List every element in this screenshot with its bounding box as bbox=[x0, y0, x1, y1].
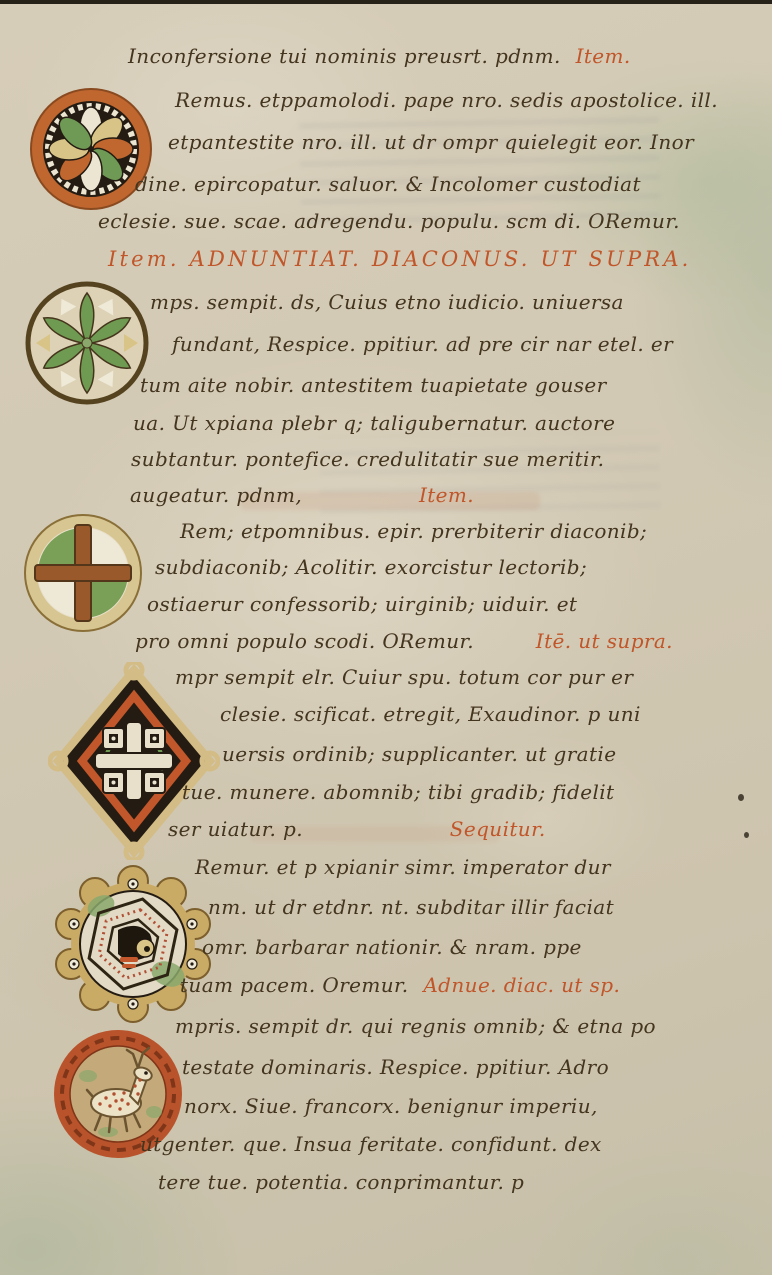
parchment-page: Inconfersione tui nominis preusrt. pdnm.… bbox=[0, 4, 772, 1275]
line-text: dine. epircopatur. saluor. & Incolomer c… bbox=[135, 172, 641, 196]
rubric-text: Itē. ut supra. bbox=[536, 629, 673, 653]
text-line-5: eclesie. sue. scae. adregendu. populu. s… bbox=[98, 211, 680, 231]
text-line-12: augeatur. pdnm, Item. bbox=[130, 485, 474, 505]
line-text: Remur. et p xpianir simr. imperator dur bbox=[195, 855, 611, 879]
line-text: Rem; etpomnibus. epir. prerbiterir diaco… bbox=[180, 519, 647, 543]
text-line-19: uersis ordinib; supplicanter. ut gratie bbox=[222, 744, 616, 764]
cross-initial-icon bbox=[22, 512, 144, 634]
rubric-text: Item. bbox=[419, 483, 474, 507]
text-line-27: testate dominaris. Respice. ppitiur. Adr… bbox=[182, 1057, 609, 1077]
line-text: ua. Ut xpiana plebr q; taligubernatur. a… bbox=[133, 411, 615, 435]
line-text: fundant, Respice. ppitiur. ad pre cir na… bbox=[172, 332, 673, 356]
line-text: etpantestite nro. ill. ut dr ompr quiele… bbox=[168, 130, 694, 154]
text-line-28: norx. Siue. francorx. benignur imperiu, bbox=[184, 1096, 598, 1116]
text-line-2: Remus. etppamolodi. pape nro. sedis apos… bbox=[175, 90, 718, 110]
line-text: pro omni populo scodi. ORemur. bbox=[135, 629, 474, 653]
text-line-22: Remur. et p xpianir simr. imperator dur bbox=[195, 857, 611, 877]
line-text: tere tue. potentia. conprimantur. p bbox=[158, 1170, 524, 1194]
text-line-20: tue. munere. abomnib; tibi gradib; fidel… bbox=[182, 782, 615, 802]
leaf-star-initial-icon bbox=[24, 280, 150, 406]
line-text: mpr sempit elr. Cuiur spu. totum cor pur… bbox=[175, 665, 633, 689]
text-line-25: tuam pacem. Oremur. Adnue. diac. ut sp. bbox=[180, 975, 620, 995]
text-line-8: fundant, Respice. ppitiur. ad pre cir na… bbox=[172, 334, 673, 354]
line-text: norx. Siue. francorx. benignur imperiu, bbox=[184, 1094, 598, 1118]
line-text: omr. barbarar nationir. & nram. ppe bbox=[202, 935, 582, 959]
text-line-13: Rem; etpomnibus. epir. prerbiterir diaco… bbox=[180, 521, 647, 541]
text-line-24: omr. barbarar nationir. & nram. ppe bbox=[202, 937, 582, 957]
line-text: tum aite nobir. antestitem tuapietate go… bbox=[140, 373, 607, 397]
line-text: mps. sempit. ds, Cuius etno iudicio. uni… bbox=[150, 290, 624, 314]
line-text: mpris. sempit dr. qui regnis omnib; & et… bbox=[175, 1014, 656, 1038]
text-line-7: mps. sempit. ds, Cuius etno iudicio. uni… bbox=[150, 292, 624, 312]
parchment-hole bbox=[744, 832, 749, 838]
spiral-lobed-initial-icon bbox=[46, 862, 220, 1028]
line-text: eclesie. sue. scae. adregendu. populu. s… bbox=[98, 209, 680, 233]
line-text: tuam pacem. Oremur. bbox=[180, 973, 409, 997]
text-line-30: tere tue. potentia. conprimantur. p bbox=[158, 1172, 524, 1192]
rubric-line: Item. ADNUNTIAT. DIACONUS. UT SUPRA. bbox=[108, 249, 692, 270]
text-line-11: subtantur. pontefice. credulitatir sue m… bbox=[131, 449, 604, 469]
line-text: ser uiatur. p. bbox=[168, 817, 303, 841]
text-line-3: etpantestite nro. ill. ut dr ompr quiele… bbox=[168, 132, 694, 152]
line-text: subdiaconib; Acolitir. exorcistur lector… bbox=[155, 555, 587, 579]
text-line-23: nm. ut dr etdnr. nt. subditar illir faci… bbox=[208, 897, 614, 917]
parchment-hole bbox=[738, 794, 744, 801]
line-text: augeatur. pdnm, bbox=[130, 483, 302, 507]
text-line-26: mpris. sempit dr. qui regnis omnib; & et… bbox=[175, 1016, 656, 1036]
line-text: ostiaerur confessorib; uirginib; uiduir.… bbox=[147, 592, 577, 616]
line-text: Inconfersione tui nominis preusrt. pdnm. bbox=[128, 44, 561, 68]
text-line-4: dine. epircopatur. saluor. & Incolomer c… bbox=[135, 174, 641, 194]
text-line-1: Inconfersione tui nominis preusrt. pdnm.… bbox=[128, 46, 631, 66]
line-text: testate dominaris. Respice. ppitiur. Adr… bbox=[182, 1055, 609, 1079]
text-line-21: ser uiatur. p. Sequitur. bbox=[168, 819, 546, 839]
rubric-text: Item. bbox=[576, 44, 631, 68]
line-text: tue. munere. abomnib; tibi gradib; fidel… bbox=[182, 780, 615, 804]
text-line-17: mpr sempit elr. Cuiur spu. totum cor pur… bbox=[175, 667, 633, 687]
text-line-15: ostiaerur confessorib; uirginib; uiduir.… bbox=[147, 594, 577, 614]
text-line-16: pro omni populo scodi. ORemur. Itē. ut s… bbox=[135, 631, 673, 651]
text-line-18: clesie. scificat. etregit, Exaudinor. p … bbox=[220, 704, 641, 724]
text-line-9: tum aite nobir. antestitem tuapietate go… bbox=[140, 375, 607, 395]
line-text: Remus. etppamolodi. pape nro. sedis apos… bbox=[175, 88, 718, 112]
text-line-14: subdiaconib; Acolitir. exorcistur lector… bbox=[155, 557, 587, 577]
line-text: utgenter. que. Insua feritate. confidunt… bbox=[140, 1132, 602, 1156]
text-line-29: utgenter. que. Insua feritate. confidunt… bbox=[140, 1134, 602, 1154]
rubric-text: Adnue. diac. ut sp. bbox=[423, 973, 620, 997]
text-line-10: ua. Ut xpiana plebr q; taligubernatur. a… bbox=[133, 413, 615, 433]
line-text: subtantur. pontefice. credulitatir sue m… bbox=[131, 447, 604, 471]
rubric-text: Sequitur. bbox=[450, 817, 546, 841]
line-text: nm. ut dr etdnr. nt. subditar illir faci… bbox=[208, 895, 614, 919]
verso-showthrough bbox=[319, 431, 661, 527]
line-text: uersis ordinib; supplicanter. ut gratie bbox=[222, 742, 616, 766]
rubric-text: Item. ADNUNTIAT. DIACONUS. UT SUPRA. bbox=[108, 247, 692, 271]
line-text: clesie. scificat. etregit, Exaudinor. p … bbox=[220, 702, 641, 726]
